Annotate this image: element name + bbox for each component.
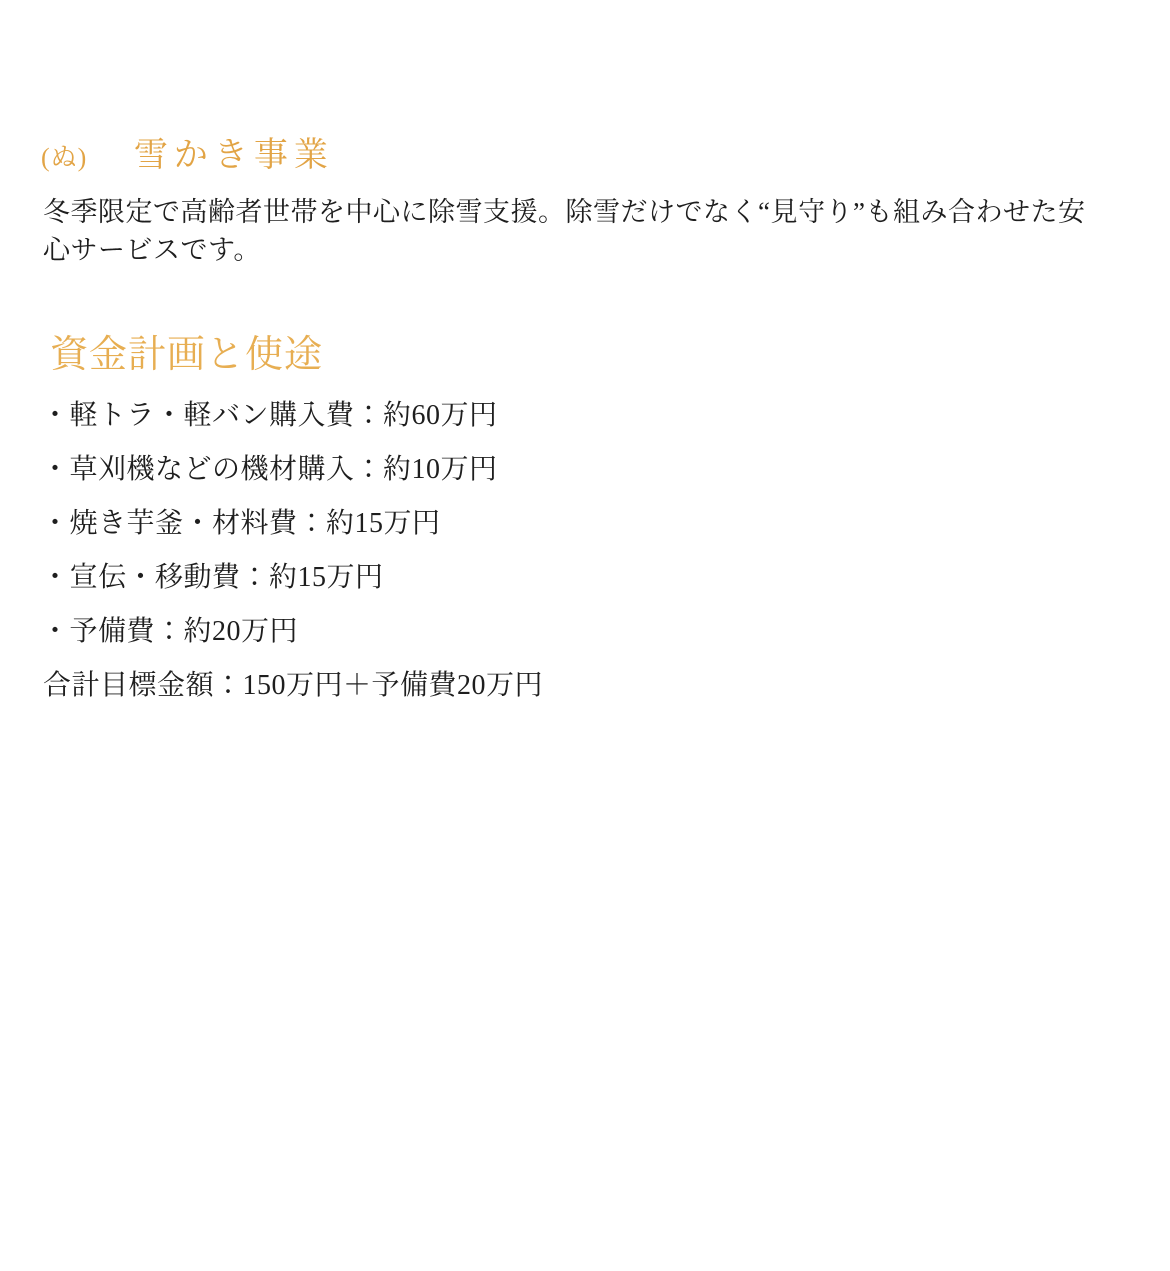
funding-item-text: 草刈機などの機材購入：約10万円 xyxy=(70,454,498,485)
funding-list-item: ・軽トラ・軽バン購入費：約60万円 xyxy=(41,398,1100,434)
section-title: 雪かき事業 xyxy=(134,137,334,174)
bullet-marker: ・ xyxy=(41,452,70,488)
bullet-marker: ・ xyxy=(41,506,70,542)
funding-list-item: ・草刈機などの機材購入：約10万円 xyxy=(41,452,1100,488)
funding-list-item: ・宣伝・移動費：約15万円 xyxy=(41,560,1100,596)
funding-list-item: ・予備費：約20万円 xyxy=(41,614,1100,650)
funding-item-text: 宣伝・移動費：約15万円 xyxy=(70,562,384,593)
bullet-marker: ・ xyxy=(41,398,70,434)
funding-total: 合計目標金額：150万円＋予備費20万円 xyxy=(43,668,1100,704)
funding-list: ・軽トラ・軽バン購入費：約60万円 ・草刈機などの機材購入：約10万円 ・焼き芋… xyxy=(41,398,1100,650)
funding-list-item: ・焼き芋釜・材料費：約15万円 xyxy=(41,506,1100,542)
section-description: 冬季限定で高齢者世帯を中心に除雪支援。除雪だけでなく“見守り”も組み合わせた安心… xyxy=(43,193,1100,269)
funding-item-text: 予備費：約20万円 xyxy=(70,616,299,647)
funding-item-text: 軽トラ・軽バン購入費：約60万円 xyxy=(70,400,498,431)
funding-item-text: 焼き芋釜・材料費：約15万円 xyxy=(70,508,441,539)
document-page: (ぬ) 雪かき事業 冬季限定で高齢者世帯を中心に除雪支援。除雪だけでなく“見守り… xyxy=(0,0,1170,1271)
bullet-marker: ・ xyxy=(41,614,70,650)
section-heading: (ぬ) 雪かき事業 xyxy=(41,136,1100,177)
section-marker: (ぬ) xyxy=(41,143,87,172)
bullet-marker: ・ xyxy=(41,560,70,596)
funding-heading: 資金計画と使途 xyxy=(50,333,1100,379)
